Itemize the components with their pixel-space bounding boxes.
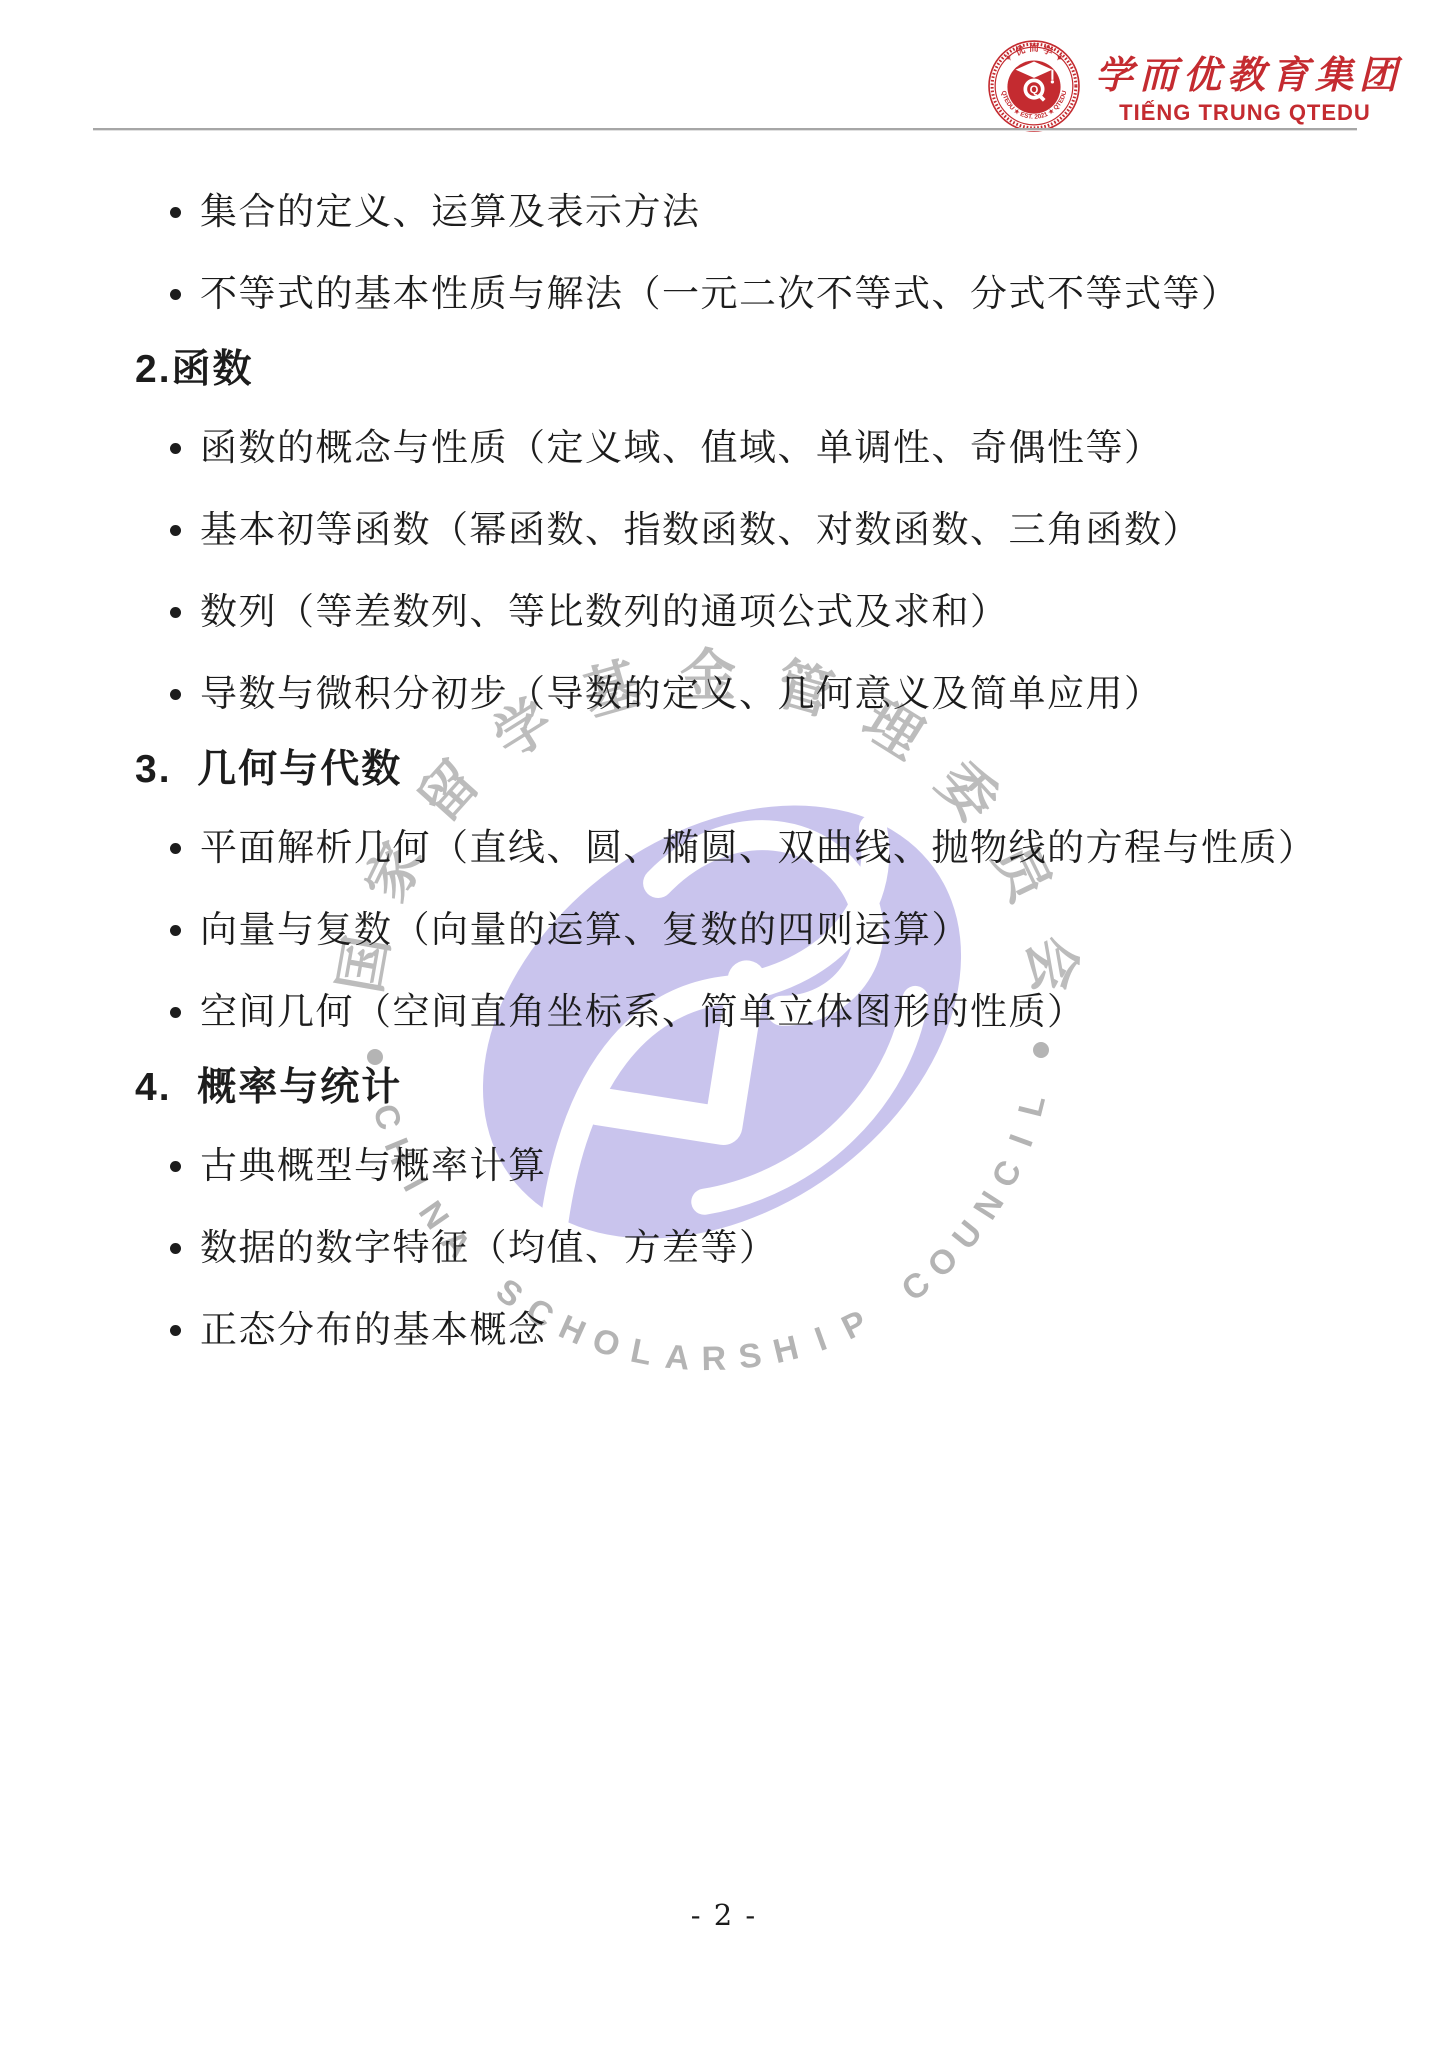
- document-page: 国家留学基金管理委员会 CHINA SCHOLARSHIP COUNCIL ✦ …: [0, 0, 1448, 2048]
- bullet-dot-icon: [170, 207, 181, 218]
- bullet-text: 不等式的基本性质与解法（一元二次不等式、分式不等式等）: [200, 274, 1240, 314]
- section-heading: 3. 几何与代数: [135, 748, 1365, 792]
- bullet-text: 向量与复数（向量的运算、复数的四则运算）: [200, 910, 970, 950]
- bullet-item: 基本初等函数（幂函数、指数函数、对数函数、三角函数）: [135, 510, 1365, 550]
- bullet-text: 正态分布的基本概念: [200, 1310, 547, 1350]
- bullet-text: 古典概型与概率计算: [200, 1146, 547, 1186]
- bullet-item: 空间几何（空间直角坐标系、简单立体图形的性质）: [135, 992, 1365, 1032]
- bullet-dot-icon: [170, 843, 181, 854]
- bullet-item: 平面解析几何（直线、圆、椭圆、双曲线、抛物线的方程与性质）: [135, 828, 1365, 868]
- bullet-text: 数列（等差数列、等比数列的通项公式及求和）: [200, 592, 1009, 632]
- bullet-item: 古典概型与概率计算: [135, 1146, 1365, 1186]
- bullet-dot-icon: [170, 289, 181, 300]
- bullet-item: 数列（等差数列、等比数列的通项公式及求和）: [135, 592, 1365, 632]
- bullet-dot-icon: [170, 1007, 181, 1018]
- section-heading: 2.函数: [135, 348, 1365, 392]
- bullet-item: 集合的定义、运算及表示方法: [135, 192, 1365, 232]
- bullet-dot-icon: [170, 1325, 181, 1336]
- bullet-text: 数据的数字特征（均值、方差等）: [200, 1228, 778, 1268]
- bullet-dot-icon: [170, 607, 181, 618]
- bullet-dot-icon: [170, 1243, 181, 1254]
- header-divider: [93, 128, 1357, 131]
- outline-list: 集合的定义、运算及表示方法不等式的基本性质与解法（一元二次不等式、分式不等式等）…: [135, 192, 1365, 1392]
- seal-center-letter: Q: [1030, 84, 1039, 96]
- bullet-dot-icon: [170, 925, 181, 936]
- bullet-text: 基本初等函数（幂函数、指数函数、对数函数、三角函数）: [200, 510, 1201, 550]
- bullet-item: 不等式的基本性质与解法（一元二次不等式、分式不等式等）: [135, 274, 1365, 314]
- brand-block: 学而优教育集团 TIẾNG TRUNG QTEDU: [1095, 52, 1395, 126]
- bullet-text: 平面解析几何（直线、圆、椭圆、双曲线、抛物线的方程与性质）: [200, 828, 1317, 868]
- page-number: - 2 -: [0, 1898, 1448, 1932]
- qtedu-seal-logo: ✦ 优 而 学 ✦ QTEDU ★ EST. 2021 ★ QTEDU Q: [988, 40, 1080, 132]
- bullet-dot-icon: [170, 689, 181, 700]
- bullet-text: 函数的概念与性质（定义域、值域、单调性、奇偶性等）: [200, 428, 1163, 468]
- brand-title: 学而优教育集团: [1095, 52, 1395, 98]
- bullet-dot-icon: [170, 1161, 181, 1172]
- bullet-dot-icon: [170, 525, 181, 536]
- bullet-item: 向量与复数（向量的运算、复数的四则运算）: [135, 910, 1365, 950]
- section-heading: 4. 概率与统计: [135, 1066, 1365, 1110]
- bullet-item: 数据的数字特征（均值、方差等）: [135, 1228, 1365, 1268]
- bullet-text: 空间几何（空间直角坐标系、简单立体图形的性质）: [200, 992, 1086, 1032]
- bullet-item: 正态分布的基本概念: [135, 1310, 1365, 1350]
- bullet-text: 集合的定义、运算及表示方法: [200, 192, 701, 232]
- bullet-item: 函数的概念与性质（定义域、值域、单调性、奇偶性等）: [135, 428, 1365, 468]
- brand-subtitle: TIẾNG TRUNG QTEDU: [1095, 100, 1395, 126]
- bullet-item: 导数与微积分初步（导数的定义、几何意义及简单应用）: [135, 674, 1365, 714]
- bullet-text: 导数与微积分初步（导数的定义、几何意义及简单应用）: [200, 674, 1163, 714]
- bullet-dot-icon: [170, 443, 181, 454]
